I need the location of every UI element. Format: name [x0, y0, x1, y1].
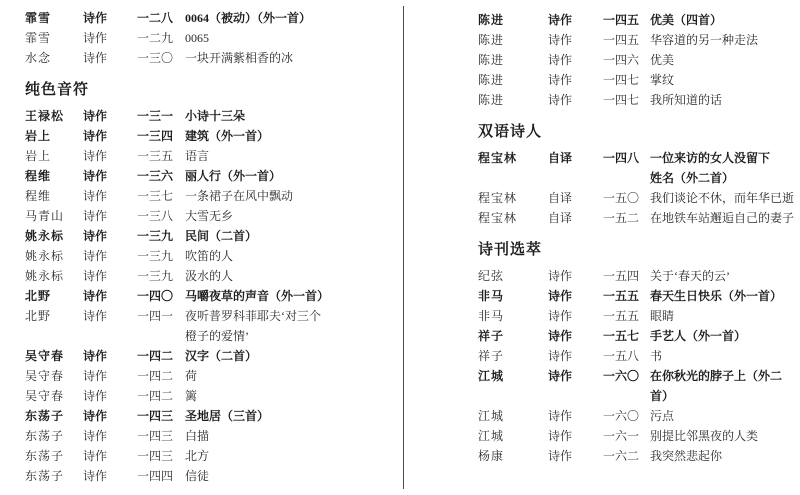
section-heading: 诗刊选萃 — [478, 240, 796, 260]
toc-row: 祥子诗作一五八书 — [478, 346, 796, 366]
poem-title: 白描 — [185, 426, 397, 446]
entry-type: 诗作 — [83, 306, 137, 326]
poem-title: 夜听普罗科菲耶夫‘对三个 橙子的爱情’ — [185, 306, 397, 346]
poem-title: 关于‘春天的云’ — [650, 266, 796, 286]
page-number: 一三九 — [137, 266, 185, 286]
toc-row: 北野诗作一四〇马嚼夜草的声音（外一首） — [25, 286, 397, 306]
poem-title: 篱 — [185, 386, 397, 406]
poem-title: 马嚼夜草的声音（外一首） — [185, 286, 397, 306]
author-name: 东荡子 — [25, 466, 83, 486]
poem-title: 一位来访的女人没留下 姓名（外二首） — [650, 148, 796, 188]
poem-title: 圣地居（三首） — [185, 406, 397, 426]
author-name: 北野 — [25, 286, 83, 306]
author-name: 纪弦 — [478, 266, 548, 286]
poem-title: 吹笛的人 — [185, 246, 397, 266]
poem-title: 语言 — [185, 146, 397, 166]
poem-title: 春天生日快乐（外一首） — [650, 286, 796, 306]
poem-title: 一块开满紫相香的冰 — [185, 48, 397, 68]
entry-type: 诗作 — [83, 406, 137, 426]
toc-row: 江城诗作一六〇在你秋光的脖子上（外二首） — [478, 366, 796, 406]
poem-title: 我突然悲起你 — [650, 446, 796, 466]
author-name: 吴守春 — [25, 346, 83, 366]
toc-row: 程维诗作一三七一条裙子在风中飘动 — [25, 186, 397, 206]
toc-row: 江城诗作一六〇污点 — [478, 406, 796, 426]
author-name: 陈进 — [478, 90, 548, 110]
toc-row: 陈进诗作一四五优美（四首） — [478, 10, 796, 30]
author-name: 吴守春 — [25, 386, 83, 406]
page-number: 一四二 — [137, 366, 185, 386]
author-name: 陈进 — [478, 30, 548, 50]
page-number: 一二九 — [137, 28, 185, 48]
poem-title: 大雪无乡 — [185, 206, 397, 226]
poem-title: 小诗十三朵 — [185, 106, 397, 126]
poem-title: 荷 — [185, 366, 397, 386]
poem-title: 我们谈论不休，而年华已逝 — [650, 188, 796, 208]
entry-type: 诗作 — [548, 286, 603, 306]
author-name: 祥子 — [478, 326, 548, 346]
author-name: 岩上 — [25, 126, 83, 146]
page-number: 一四三 — [137, 426, 185, 446]
entry-type: 诗作 — [83, 386, 137, 406]
toc-row: 岩上诗作一三五语言 — [25, 146, 397, 166]
page-number: 一三七 — [137, 186, 185, 206]
toc-row: 王禄松诗作一三一小诗十三朵 — [25, 106, 397, 126]
toc-row: 东荡子诗作一四三北方 — [25, 446, 397, 466]
entry-type: 诗作 — [548, 90, 603, 110]
poem-title: 眼睛 — [650, 306, 796, 326]
entry-type: 诗作 — [83, 48, 137, 68]
page-number: 一六〇 — [603, 366, 650, 386]
entry-type: 诗作 — [548, 406, 603, 426]
poem-title: 污点 — [650, 406, 796, 426]
poem-title: 掌纹 — [650, 70, 796, 90]
page-number: 一四三 — [137, 446, 185, 466]
page-number: 一三〇 — [137, 48, 185, 68]
poem-title: 优美（四首） — [650, 10, 796, 30]
poem-title: 丽人行（外一首） — [185, 166, 397, 186]
toc-row: 陈进诗作一四六优美 — [478, 50, 796, 70]
entry-type: 诗作 — [83, 466, 137, 486]
entry-type: 诗作 — [83, 8, 137, 28]
author-name: 东荡子 — [25, 406, 83, 426]
page-number: 一二八 — [137, 8, 185, 28]
entry-type: 诗作 — [83, 426, 137, 446]
toc-row: 纪弦诗作一五四关于‘春天的云’ — [478, 266, 796, 286]
author-name: 陈进 — [478, 50, 548, 70]
author-name: 杨康 — [478, 446, 548, 466]
poem-title: 0064（被动）（外一首） — [185, 8, 397, 28]
entry-type: 诗作 — [83, 366, 137, 386]
page-number: 一四一 — [137, 306, 185, 326]
column-divider-line — [403, 6, 404, 489]
page-number: 一五二 — [603, 208, 650, 228]
page-number: 一三九 — [137, 226, 185, 246]
page-number: 一四二 — [137, 346, 185, 366]
section-heading: 双语诗人 — [478, 122, 796, 142]
author-name: 程宝林 — [478, 148, 548, 168]
toc-row: 霏雪诗作一二八0064（被动）（外一首） — [25, 8, 397, 28]
author-name: 祥子 — [478, 346, 548, 366]
page-number: 一三九 — [137, 246, 185, 266]
poem-title: 在地铁车站邂逅自己的妻子 — [650, 208, 796, 228]
poem-title: 建筑（外一首） — [185, 126, 397, 146]
entry-type: 诗作 — [548, 266, 603, 286]
poem-title: 别提比邻黑夜的人类 — [650, 426, 796, 446]
page-number: 一四五 — [603, 10, 650, 30]
poem-title: 优美 — [650, 50, 796, 70]
entry-type: 诗作 — [83, 446, 137, 466]
author-name: 东荡子 — [25, 426, 83, 446]
toc-row: 祥子诗作一五七手艺人（外一首） — [478, 326, 796, 346]
entry-type: 诗作 — [548, 30, 603, 50]
entry-type: 诗作 — [83, 206, 137, 226]
page-number: 一四五 — [603, 30, 650, 50]
toc-row: 岩上诗作一三四建筑（外一首） — [25, 126, 397, 146]
entry-type: 诗作 — [548, 426, 603, 446]
entry-type: 诗作 — [83, 186, 137, 206]
toc-row: 姚永标诗作一三九吹笛的人 — [25, 246, 397, 266]
toc-row: 吴守春诗作一四二篱 — [25, 386, 397, 406]
toc-row: 程宝林自译一五〇我们谈论不休，而年华已逝 — [478, 188, 796, 208]
entry-type: 诗作 — [548, 326, 603, 346]
left-column: 霏雪诗作一二八0064（被动）（外一首）霏雪诗作一二九0065水念诗作一三〇一块… — [25, 0, 397, 486]
author-name: 程维 — [25, 166, 83, 186]
toc-row: 东荡子诗作一四三圣地居（三首） — [25, 406, 397, 426]
toc-row: 吴守春诗作一四二汉字（二首） — [25, 346, 397, 366]
poem-title: 一条裙子在风中飘动 — [185, 186, 397, 206]
entry-type: 诗作 — [83, 266, 137, 286]
poem-title: 汉字（二首） — [185, 346, 397, 366]
author-name: 姚永标 — [25, 266, 83, 286]
page-number: 一三六 — [137, 166, 185, 186]
page-number: 一五五 — [603, 286, 650, 306]
author-name: 非马 — [478, 306, 548, 326]
poem-title: 0065 — [185, 28, 397, 48]
page-number: 一三八 — [137, 206, 185, 226]
poem-title: 华容道的另一种走法 — [650, 30, 796, 50]
author-name: 马青山 — [25, 206, 83, 226]
toc-row: 程维诗作一三六丽人行（外一首） — [25, 166, 397, 186]
toc-row: 杨康诗作一六二我突然悲起你 — [478, 446, 796, 466]
poem-title: 信徒 — [185, 466, 397, 486]
toc-row: 陈进诗作一四七我所知道的话 — [478, 90, 796, 110]
page-number: 一五五 — [603, 306, 650, 326]
poem-title: 北方 — [185, 446, 397, 466]
toc-row: 东荡子诗作一四三白描 — [25, 426, 397, 446]
toc-row: 东荡子诗作一四四信徒 — [25, 466, 397, 486]
entry-type: 诗作 — [83, 126, 137, 146]
toc-row: 北野诗作一四一夜听普罗科菲耶夫‘对三个 橙子的爱情’ — [25, 306, 397, 346]
author-name: 江城 — [478, 366, 548, 386]
page-number: 一四七 — [603, 70, 650, 90]
page-number: 一六二 — [603, 446, 650, 466]
page-number: 一四八 — [603, 148, 650, 168]
toc-row: 程宝林自译一五二在地铁车站邂逅自己的妻子 — [478, 208, 796, 228]
page-number: 一四六 — [603, 50, 650, 70]
entry-type: 诗作 — [83, 226, 137, 246]
toc-row: 霏雪诗作一二九0065 — [25, 28, 397, 48]
poem-title: 民间（二首） — [185, 226, 397, 246]
entry-type: 自译 — [548, 208, 603, 228]
author-name: 岩上 — [25, 146, 83, 166]
author-name: 江城 — [478, 406, 548, 426]
toc-row: 非马诗作一五五眼睛 — [478, 306, 796, 326]
entry-type: 诗作 — [548, 366, 603, 386]
toc-row: 吴守春诗作一四二荷 — [25, 366, 397, 386]
toc-row: 姚永标诗作一三九民间（二首） — [25, 226, 397, 246]
page-number: 一五四 — [603, 266, 650, 286]
author-name: 王禄松 — [25, 106, 83, 126]
author-name: 霏雪 — [25, 8, 83, 28]
entry-type: 诗作 — [83, 346, 137, 366]
poem-title: 书 — [650, 346, 796, 366]
author-name: 程维 — [25, 186, 83, 206]
page-number: 一四三 — [137, 406, 185, 426]
page-number: 一六一 — [603, 426, 650, 446]
author-name: 霏雪 — [25, 28, 83, 48]
page-number: 一四二 — [137, 386, 185, 406]
contents-page: 霏雪诗作一二八0064（被动）（外一首）霏雪诗作一二九0065水念诗作一三〇一块… — [0, 0, 800, 495]
toc-row: 陈进诗作一四五华容道的另一种走法 — [478, 30, 796, 50]
page-number: 一三四 — [137, 126, 185, 146]
page-number: 一五八 — [603, 346, 650, 366]
toc-row: 非马诗作一五五春天生日快乐（外一首） — [478, 286, 796, 306]
page-number: 一四〇 — [137, 286, 185, 306]
author-name: 陈进 — [478, 10, 548, 30]
author-name: 姚永标 — [25, 226, 83, 246]
author-name: 程宝林 — [478, 208, 548, 228]
entry-type: 诗作 — [548, 346, 603, 366]
page-number: 一三五 — [137, 146, 185, 166]
toc-row: 姚永标诗作一三九汲水的人 — [25, 266, 397, 286]
poem-title: 我所知道的话 — [650, 90, 796, 110]
section-heading: 纯色音符 — [25, 80, 397, 100]
entry-type: 自译 — [548, 188, 603, 208]
poem-title: 汲水的人 — [185, 266, 397, 286]
author-name: 陈进 — [478, 70, 548, 90]
entry-type: 诗作 — [548, 70, 603, 90]
toc-row: 江城诗作一六一别提比邻黑夜的人类 — [478, 426, 796, 446]
page-number: 一六〇 — [603, 406, 650, 426]
author-name: 吴守春 — [25, 366, 83, 386]
entry-type: 诗作 — [548, 10, 603, 30]
author-name: 东荡子 — [25, 446, 83, 466]
entry-type: 诗作 — [83, 28, 137, 48]
toc-row: 马青山诗作一三八大雪无乡 — [25, 206, 397, 226]
entry-type: 诗作 — [83, 286, 137, 306]
entry-type: 诗作 — [83, 166, 137, 186]
author-name: 程宝林 — [478, 188, 548, 208]
entry-type: 诗作 — [548, 446, 603, 466]
page-number: 一五七 — [603, 326, 650, 346]
author-name: 江城 — [478, 426, 548, 446]
entry-type: 自译 — [548, 148, 603, 168]
page-number: 一五〇 — [603, 188, 650, 208]
right-column: 陈进诗作一四五优美（四首）陈进诗作一四五华容道的另一种走法陈进诗作一四六优美陈进… — [478, 0, 796, 466]
author-name: 姚永标 — [25, 246, 83, 266]
toc-row: 程宝林自译一四八一位来访的女人没留下 姓名（外二首） — [478, 148, 796, 188]
poem-title: 在你秋光的脖子上（外二首） — [650, 366, 796, 406]
page-number: 一三一 — [137, 106, 185, 126]
entry-type: 诗作 — [548, 50, 603, 70]
entry-type: 诗作 — [83, 106, 137, 126]
toc-row: 陈进诗作一四七掌纹 — [478, 70, 796, 90]
author-name: 北野 — [25, 306, 83, 326]
entry-type: 诗作 — [83, 246, 137, 266]
entry-type: 诗作 — [83, 146, 137, 166]
page-number: 一四四 — [137, 466, 185, 486]
author-name: 水念 — [25, 48, 83, 68]
entry-type: 诗作 — [548, 306, 603, 326]
author-name: 非马 — [478, 286, 548, 306]
poem-title: 手艺人（外一首） — [650, 326, 796, 346]
toc-row: 水念诗作一三〇一块开满紫相香的冰 — [25, 48, 397, 68]
page-number: 一四七 — [603, 90, 650, 110]
